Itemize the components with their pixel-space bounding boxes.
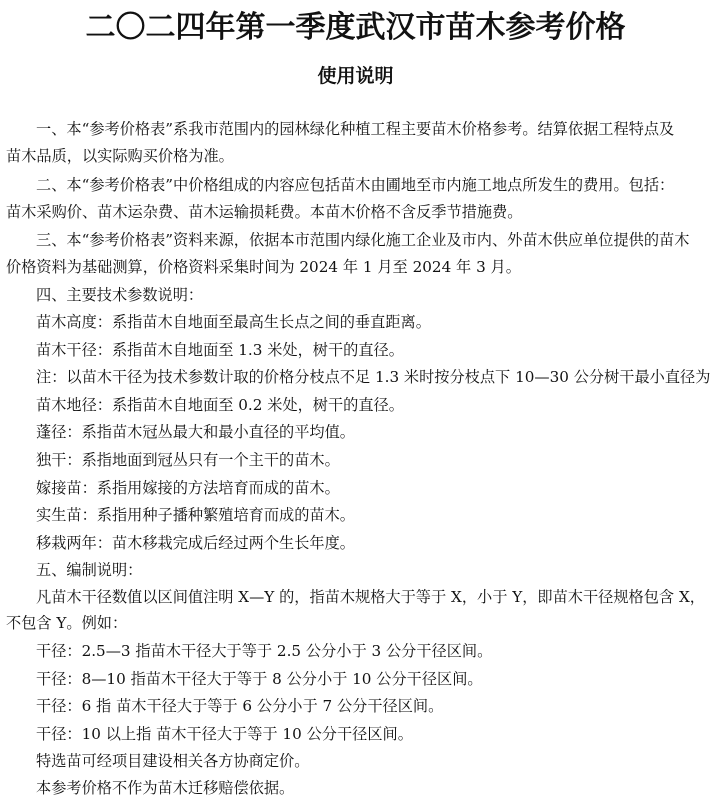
paragraph-2-line-1: 二、本“参考价格表”中价格组成的内容应包括苗木由圃地至市内施工地点所发生的费用。… xyxy=(36,174,707,196)
paragraph-1-line-2: 苗木品质，以实际购买价格为准。 xyxy=(6,145,707,167)
note-branch-point: 注：以苗木干径为技术参数计取的价格分枝点不足 1.3 米时按分枝点下 10—30… xyxy=(36,366,707,388)
definition-ground-diameter: 苗木地径：系指苗木自地面至 0.2 米处，树干的直径。 xyxy=(36,394,707,416)
section-4-heading: 四、主要技术参数说明： xyxy=(36,284,707,306)
paragraph-3-line-1: 三、本“参考价格表”资料来源，依据本市范围内绿化施工企业及市内、外苗木供应单位提… xyxy=(36,229,707,251)
definition-trunk-diameter: 苗木干径：系指苗木自地面至 1.3 米处，树干的直径。 xyxy=(36,339,707,361)
paragraph-1-line-1: 一、本“参考价格表”系我市范围内的园林绿化种植工程主要苗木价格参考。结算依据工程… xyxy=(36,118,707,140)
paragraph-3-line-2: 价格资料为基础测算，价格资料采集时间为 2024 年 1 月至 2024 年 3… xyxy=(6,256,707,278)
example-6: 干径：6 指 苗木干径大于等于 6 公分小于 7 公分干径区间。 xyxy=(36,695,707,717)
section-5-heading: 五、编制说明： xyxy=(36,559,707,581)
paragraph-5-line-2: 不包含 Y。例如： xyxy=(6,612,707,634)
paragraph-5-line-1: 凡苗木干径数值以区间值注明 X—Y 的，指苗木规格大于等于 X，小于 Y，即苗木… xyxy=(36,586,707,608)
note-special-seedlings: 特选苗可经项目建设相关各方协商定价。 xyxy=(36,750,707,772)
definition-seedling: 实生苗：系指用种子播种繁殖培育而成的苗木。 xyxy=(36,504,707,526)
definition-single-trunk: 独干：系指地面到冠丛只有一个主干的苗木。 xyxy=(36,449,707,471)
definition-crown-diameter: 蓬径：系指苗木冠丛最大和最小直径的平均值。 xyxy=(36,421,707,443)
example-8-to-10: 干径：8—10 指苗木干径大于等于 8 公分小于 10 公分干径区间。 xyxy=(36,668,707,690)
example-10-above: 干径：10 以上指 苗木干径大于等于 10 公分干径区间。 xyxy=(36,723,707,745)
definition-grafted: 嫁接苗：系指用嫁接的方法培育而成的苗木。 xyxy=(36,477,707,499)
paragraph-2-line-2: 苗木采购价、苗木运杂费、苗木运输损耗费。本苗木价格不含反季节措施费。 xyxy=(6,201,707,223)
note-not-compensation-basis: 本参考价格不作为苗木迁移赔偿依据。 xyxy=(36,777,707,799)
document-title: 二〇二四年第一季度武汉市苗木参考价格 xyxy=(0,8,711,48)
example-2-5-to-3: 干径：2.5—3 指苗木干径大于等于 2.5 公分小于 3 公分干径区间。 xyxy=(36,640,707,662)
definition-height: 苗木高度：系指苗木自地面至最高生长点之间的垂直距离。 xyxy=(36,311,707,333)
definition-transplant-two-years: 移栽两年：苗木移栽完成后经过两个生长年度。 xyxy=(36,532,707,554)
document-subtitle: 使用说明 xyxy=(0,62,711,90)
